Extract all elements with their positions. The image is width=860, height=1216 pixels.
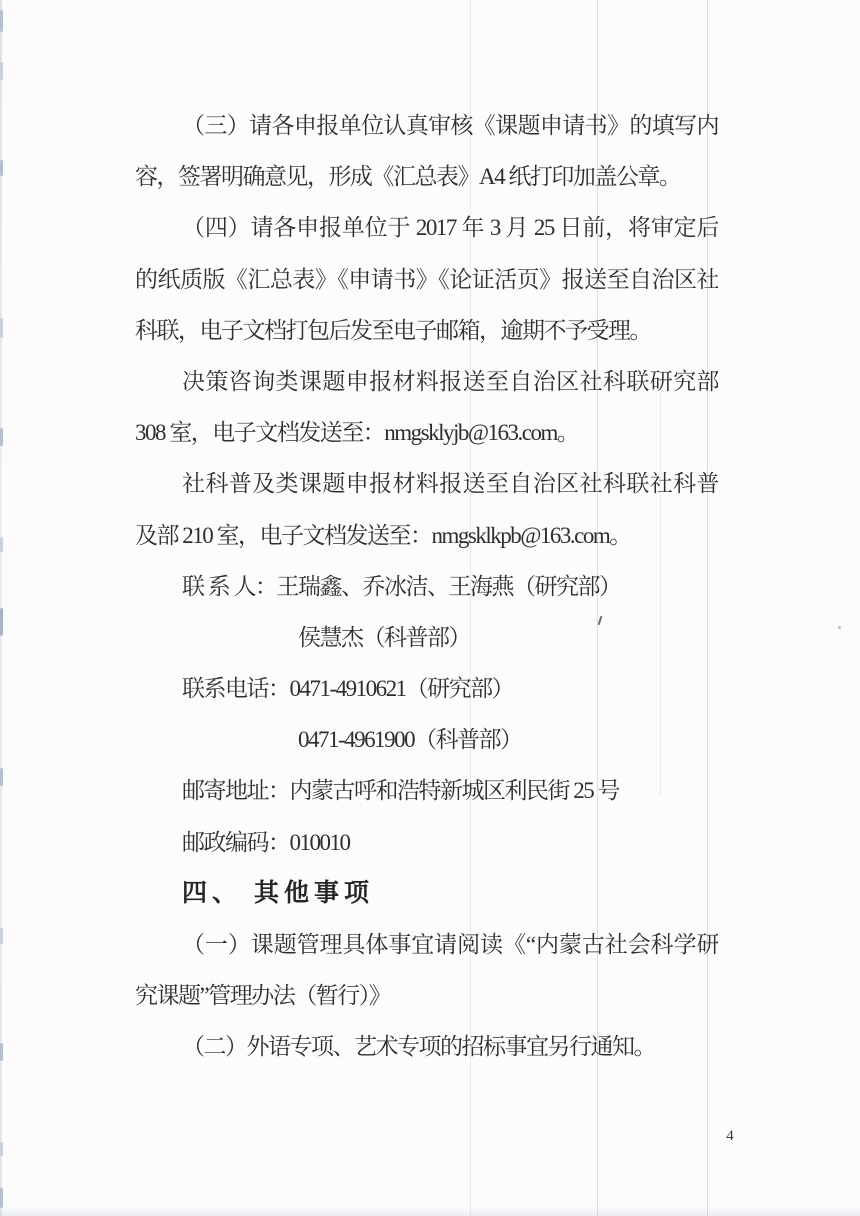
page-edge-mark xyxy=(0,160,3,176)
doc-line-phone-1: 联系电话：0471-4910621（研究部） xyxy=(135,663,718,714)
scanned-document-page: （三）请各申报单位认真审核《课题申请书》的填写内 容，签署明确意见，形成《汇总表… xyxy=(0,0,860,1216)
page-edge-mark xyxy=(0,1043,3,1061)
page-edge-mark xyxy=(0,608,3,636)
page-edge-mark xyxy=(0,1142,3,1156)
doc-line-science-dept: 社科普及类课题申报材料报送至自治区社科联社科普 xyxy=(135,458,718,509)
doc-line-other2: （二）外语专项、艺术专项的招标事宜另行通知。 xyxy=(135,1021,718,1072)
doc-line-item3-start: （三）请各申报单位认真审核《课题申请书》的填写内 xyxy=(135,100,718,151)
doc-line-phone-2: 0471-4961900（科普部） xyxy=(135,714,718,765)
page-edge-mark xyxy=(0,428,3,446)
doc-line-other1-cont: 究课题”管理办法（暂行）》 xyxy=(135,970,718,1021)
doc-heading-other-matters: 四、 其他事项 xyxy=(135,868,718,919)
doc-line-mail-address: 邮寄地址：内蒙古呼和浩特新城区利民街 25 号 xyxy=(135,765,718,816)
page-edge-mark xyxy=(0,928,3,944)
page-edge-mark xyxy=(0,62,3,80)
page-number: 4 xyxy=(718,1126,742,1146)
doc-line-item3-cont: 容，签署明确意见，形成《汇总表》A4 纸打印加盖公章。 xyxy=(135,151,718,202)
document-text-block: （三）请各申报单位认真审核《课题申请书》的填写内 容，签署明确意见，形成《汇总表… xyxy=(135,100,718,1073)
doc-line-research-dept: 决策咨询类课题申报材料报送至自治区社科联研究部 xyxy=(135,356,718,407)
doc-line-contact-person: 联 系 人：王瑞鑫、乔冰洁、王海燕（研究部） xyxy=(135,561,718,612)
page-edge-mark xyxy=(0,318,3,338)
doc-line-postal-code: 邮政编码：010010 xyxy=(135,817,718,868)
page-bottom-shade xyxy=(0,1206,860,1216)
doc-line-science-email: 及部 210 室，电子文档发送至：nmgsklkpb@163.com。 xyxy=(135,510,718,561)
doc-line-item4-start: （四）请各申报单位于 2017 年 3 月 25 日前，将审定后 xyxy=(135,202,718,253)
page-edge-mark xyxy=(0,10,3,32)
doc-line-research-email: 308 室，电子文档发送至：nmgsklyjb@163.com。 xyxy=(135,407,718,458)
page-edge-mark xyxy=(0,537,3,552)
doc-line-item4-cont: 的纸质版《汇总表》《申请书》《论证活页》报送至自治区社 xyxy=(135,254,718,305)
page-edge-mark xyxy=(0,768,3,786)
page-edge-mark xyxy=(0,1188,3,1208)
scan-speck xyxy=(838,626,841,629)
doc-line-item4-end: 科联，电子文档打包后发至电子邮箱，逾期不予受理。 xyxy=(135,305,718,356)
doc-line-other1-start: （一）课题管理具体事宜请阅读《“内蒙古社会科学研 xyxy=(135,919,718,970)
doc-line-contact-person-2: 侯慧杰（科普部） xyxy=(135,612,718,663)
